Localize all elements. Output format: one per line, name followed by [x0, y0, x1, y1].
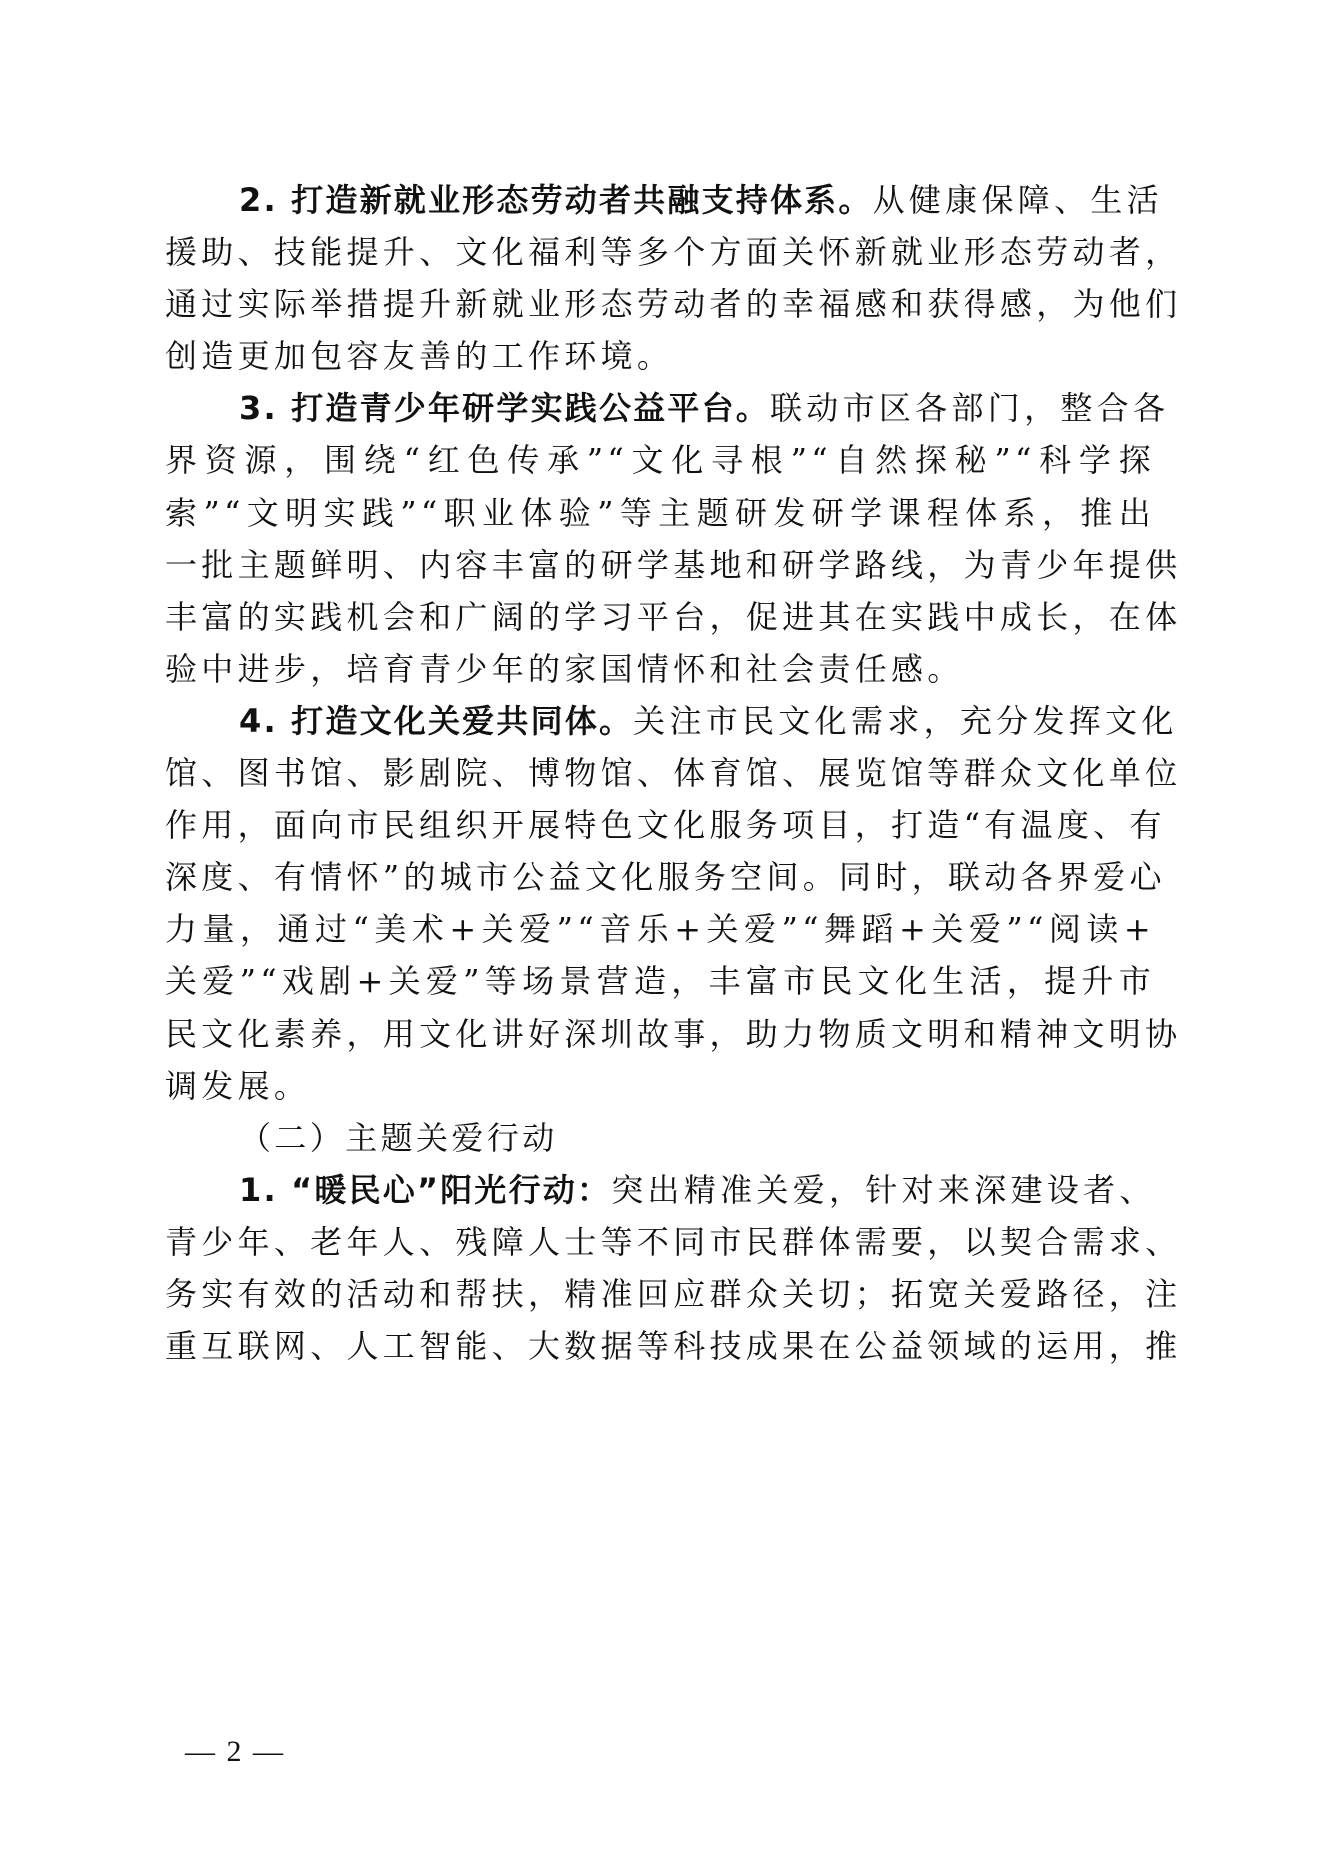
document-body: 2. 打造新就业形态劳动者共融支持体系。从健康保障、生活 援助、技能提升、文化福… — [165, 174, 1155, 1372]
paragraph-2-line-1: 2. 打造新就业形态劳动者共融支持体系。从健康保障、生活 — [165, 174, 1155, 226]
paragraph-4-text: 关注市民文化需求，充分发挥文化 — [633, 702, 1178, 740]
paragraph-3-line-6: 验中进步，培育青少年的家国情怀和社会责任感。 — [165, 643, 1155, 695]
paragraph-4-line-6: 关爱”“戏剧+关爱”等场景营造，丰富市民文化生活，提升市 — [165, 955, 1155, 1007]
paragraph-3-line-4: 一批主题鲜明、内容丰富的研学基地和研学路线，为青少年提供 — [165, 539, 1155, 591]
action-1-text: 突出精准关爱，针对来深建设者、 — [611, 1171, 1156, 1209]
paragraph-2-heading: 2. 打造新就业形态劳动者共融支持体系。 — [239, 181, 873, 219]
paragraph-3-line-5: 丰富的实践机会和广阔的学习平台，促进其在实践中成长，在体 — [165, 591, 1155, 643]
paragraph-3-line-2: 界资源，围绕“红色传承”“文化寻根”“自然探秘”“科学探 — [165, 434, 1155, 486]
paragraph-4-line-4: 深度、有情怀”的城市公益文化服务空间。同时，联动各界爱心 — [165, 851, 1155, 903]
paragraph-4-line-7: 民文化素养，用文化讲好深圳故事，助力物质文明和精神文明协 — [165, 1008, 1155, 1060]
action-1-line-2: 青少年、老年人、残障人士等不同市民群体需要，以契合需求、 — [165, 1216, 1155, 1268]
paragraph-4-line-1: 4. 打造文化关爱共同体。关注市民文化需求，充分发挥文化 — [165, 695, 1155, 747]
action-1-line-4: 重互联网、人工智能、大数据等科技成果在公益领域的运用，推 — [165, 1320, 1155, 1372]
action-1-line-1: 1. “暖民心”阳光行动：突出精准关爱，针对来深建设者、 — [165, 1164, 1155, 1216]
section-title: （二）主题关爱行动 — [165, 1112, 1155, 1164]
paragraph-2-line-4: 创造更加包容友善的工作环境。 — [165, 330, 1155, 382]
paragraph-2-line-2: 援助、技能提升、文化福利等多个方面关怀新就业形态劳动者， — [165, 226, 1155, 278]
paragraph-4-line-3: 作用，面向市民组织开展特色文化服务项目，打造“有温度、有 — [165, 799, 1155, 851]
paragraph-4-heading: 4. 打造文化关爱共同体。 — [239, 702, 633, 740]
paragraph-2-text: 从健康保障、生活 — [873, 181, 1163, 219]
page-number: — 2 — — [185, 1735, 285, 1769]
action-1-heading: 1. “暖民心”阳光行动： — [239, 1171, 611, 1209]
paragraph-3-heading: 3. 打造青少年研学实践公益平台。 — [239, 389, 770, 427]
paragraph-4-line-2: 馆、图书馆、影剧院、博物馆、体育馆、展览馆等群众文化单位 — [165, 747, 1155, 799]
paragraph-2-line-3: 通过实际举措提升新就业形态劳动者的幸福感和获得感，为他们 — [165, 278, 1155, 330]
paragraph-3-text: 联动市区各部门，整合各 — [770, 389, 1169, 427]
paragraph-4-line-8: 调发展。 — [165, 1060, 1155, 1112]
paragraph-4-line-5: 力量，通过“美术+关爱”“音乐+关爱”“舞蹈+关爱”“阅读+ — [165, 903, 1155, 955]
action-1-line-3: 务实有效的活动和帮扶，精准回应群众关切；拓宽关爱路径，注 — [165, 1268, 1155, 1320]
paragraph-3-line-3: 索”“文明实践”“职业体验”等主题研发研学课程体系，推出 — [165, 487, 1155, 539]
paragraph-3-line-1: 3. 打造青少年研学实践公益平台。联动市区各部门，整合各 — [165, 382, 1155, 434]
